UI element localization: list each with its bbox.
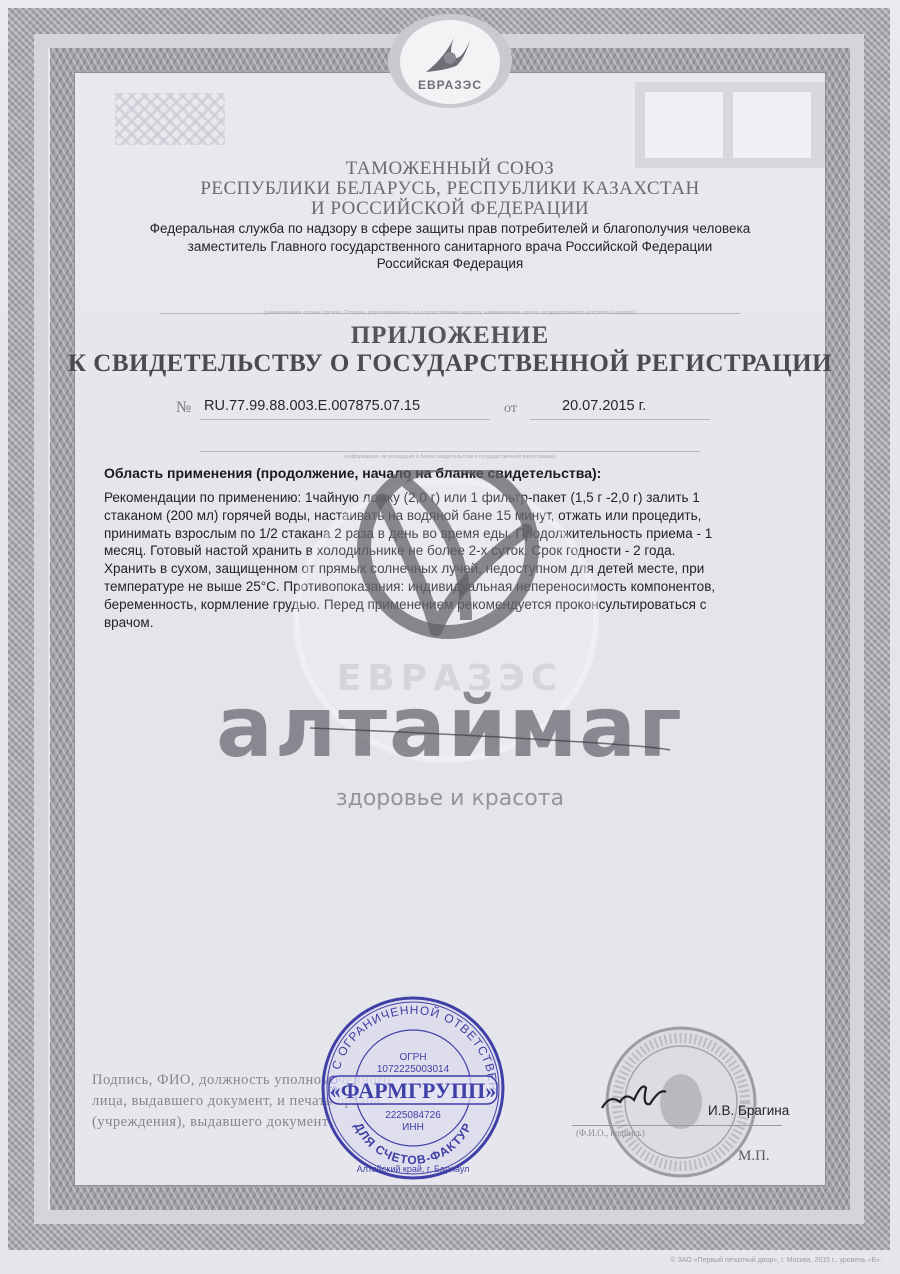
blank-field-cell — [645, 92, 723, 158]
note-fill-line — [200, 451, 700, 452]
authority-line-1: Федеральная служба по надзору в сфере за… — [0, 221, 900, 236]
decorative-pattern — [115, 93, 225, 145]
document-subtitle: К СВИДЕТЕЛЬСТВУ О ГОСУДАРСТВЕННОЙ РЕГИСТ… — [0, 350, 900, 378]
blank-field-cell — [733, 92, 811, 158]
registration-note: (информация, не вошедшая в бланк свидете… — [0, 454, 900, 460]
union-line-1: ТАМОЖЕННЫЙ СОЮЗ — [0, 158, 900, 180]
eurasec-emblem: ЕВРАЗЭС — [388, 14, 512, 108]
eurasec-emblem-icon — [424, 34, 478, 76]
registration-number: RU.77.99.88.003.Е.007875.07.15 — [204, 398, 420, 414]
number-fill-line — [200, 419, 490, 420]
authority-line-3: Российская Федерация — [0, 256, 900, 271]
stamp-location: Алтайский край, г. Барнаул — [357, 1164, 470, 1174]
union-line-3: И РОССИЙСКОЙ ФЕДЕРАЦИИ — [0, 198, 900, 220]
watermark-tagline: здоровье и красота — [0, 786, 900, 811]
company-stamp: ОБЩЕСТВО С ОГРАНИЧЕННОЙ ОТВЕТСТВЕННОСТЬЮ… — [315, 992, 511, 1182]
printer-note: © ЗАО «Первый печатный двор», г. Москва,… — [670, 1257, 882, 1264]
stamp-ogrn: 1072225003014 — [377, 1064, 450, 1075]
stamp-ogrn-label: ОГРН — [399, 1052, 426, 1063]
authority-line-2: заместитель Главного государственного са… — [0, 239, 900, 254]
stamp-company-name: «ФАРМГРУПП» — [330, 1078, 496, 1103]
signer-name: И.В. Брагина — [708, 1103, 789, 1118]
pen-stroke — [300, 722, 680, 762]
fio-line — [572, 1125, 782, 1126]
authority-note: (наименование органа (органа) Сторона, у… — [0, 310, 900, 316]
blank-field-frame — [635, 82, 825, 168]
document-title: ПРИЛОЖЕНИЕ — [0, 322, 900, 350]
emblem-label: ЕВРАЗЭС — [388, 78, 512, 92]
stamp-inn: 2225084726 — [385, 1110, 441, 1121]
fio-note: (Ф.И.О., подпись) — [576, 1128, 645, 1138]
from-label: от — [504, 401, 517, 417]
registration-row: № RU.77.99.88.003.Е.007875.07.15 от 20.0… — [0, 397, 900, 419]
seal-mark: М.П. — [738, 1148, 770, 1165]
signature-label-line-3: (учреждения), выдавшего документ — [92, 1114, 329, 1131]
registration-date: 20.07.2015 г. — [562, 398, 646, 414]
union-line-2: РЕСПУБЛИКИ БЕЛАРУСЬ, РЕСПУБЛИКИ КАЗАХСТА… — [0, 178, 900, 200]
number-sign: № — [176, 399, 191, 417]
date-fill-line — [530, 419, 710, 420]
stamp-inn-label: ИНН — [402, 1122, 424, 1133]
certificate-page: ЕВРАЗЭС ТАМОЖЕННЫЙ СОЮЗ РЕСПУБЛИКИ БЕЛАР… — [0, 0, 900, 1274]
